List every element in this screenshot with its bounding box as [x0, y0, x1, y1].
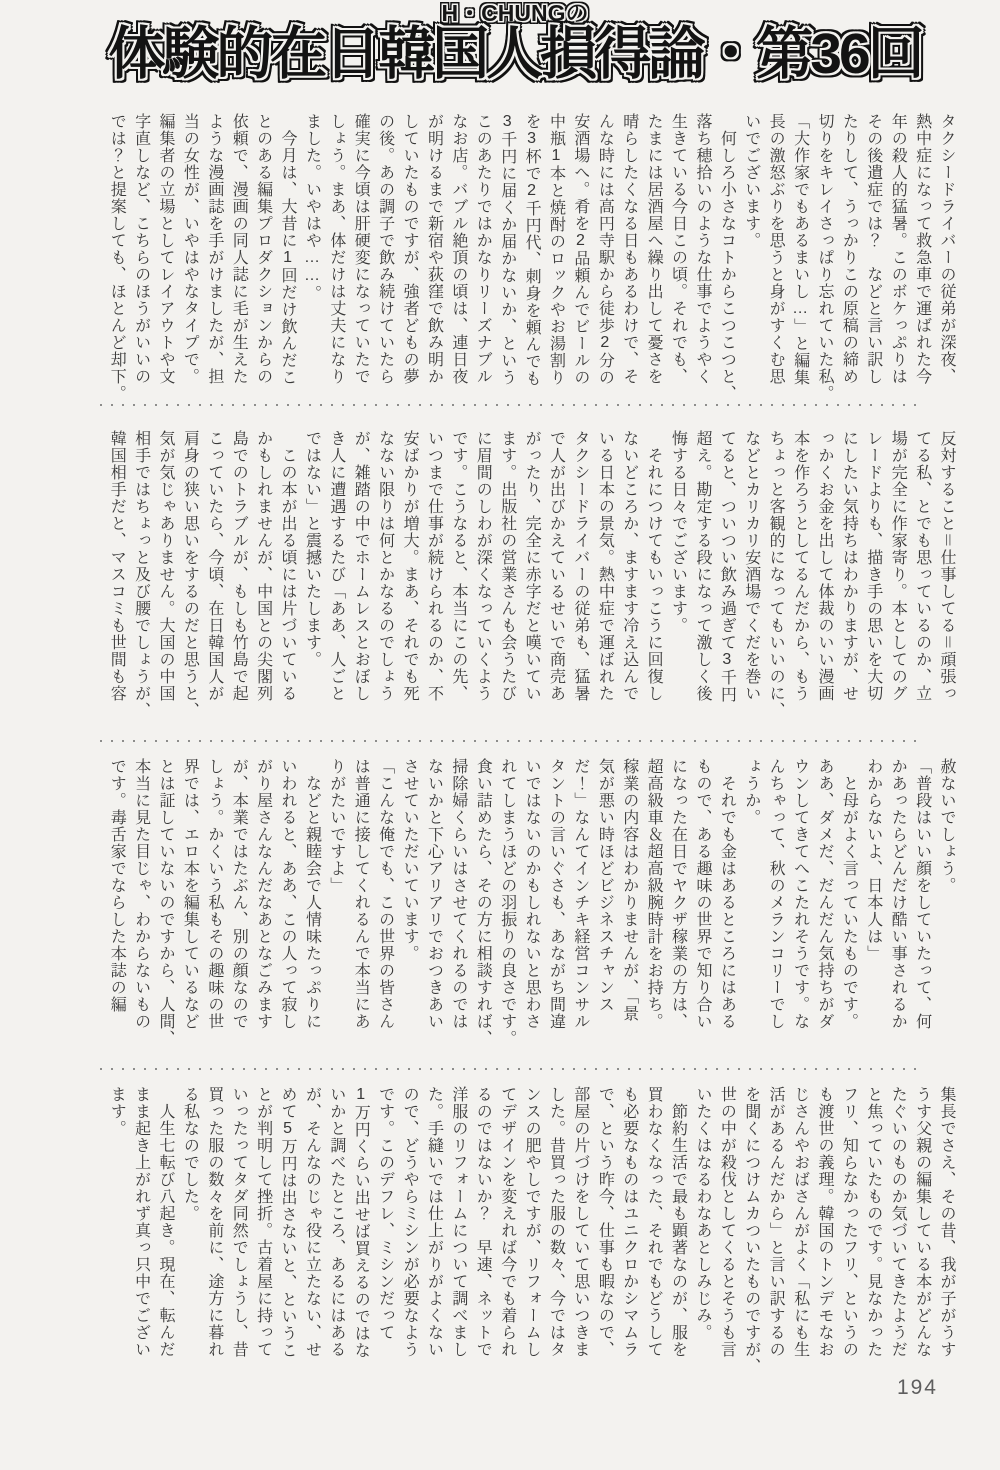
- text-column: タクシードライバーの従弟も、猛暑: [568, 430, 592, 730]
- text-column: とが判明して挫折。古着屋に持って: [250, 1086, 274, 1386]
- text-column: 反対すること＝仕事してる＝頑張っ: [934, 430, 958, 730]
- text-column: いつまで仕事が続けられるのか、不: [421, 430, 445, 730]
- text-column: とのある編集プロダクションからの: [250, 113, 274, 413]
- text-column: とは証していないのですから、人間、: [153, 758, 177, 1058]
- text-column: に眉間のしわが深くなっていくよう: [470, 430, 494, 730]
- text-column: っかくお金を出して体裁のいい漫画: [812, 430, 836, 730]
- text-column: その後遺症では？ などと言い訳し: [860, 113, 884, 413]
- text-column: の後。あの調子で飲み続けていたら: [372, 113, 396, 413]
- text-column: 活があるんだから」と言い訳するの: [763, 1086, 787, 1386]
- text-column: も必要なものはユニクロかシマムラ: [616, 1086, 640, 1386]
- text-column: かもしれませんが、中国との尖閣列: [250, 430, 274, 730]
- text-column: フリ、知らなかったフリ、というの: [836, 1086, 860, 1386]
- text-column: した。昔買った服の数々、今ではタ: [543, 1086, 567, 1386]
- text-column: いではないのかもしれないと思わさ: [519, 758, 543, 1058]
- text-column: 悔する日々でございます。: [665, 430, 689, 730]
- text-column: で、という昨今、仕事も暇なので、: [592, 1086, 616, 1386]
- text-column: しょう。まあ、体だけは丈夫になり: [323, 113, 347, 413]
- text-band-1: タクシードライバーの従弟が深夜、熱中症になって救急車で運ばれた今年の殺人的猛暑。…: [102, 113, 958, 413]
- text-band-3: 赦ないでしょう。「普段はいい顔をしていたって、何かあったらどんだけ酷い事されるか…: [102, 758, 958, 1058]
- magazine-page: H・CHUNGの 体験的在日韓国人損得論・第36回 タクシードライバーの従弟が深…: [0, 0, 1000, 1470]
- text-column: ので、どうやらミシンが必要なよう: [397, 1086, 421, 1386]
- text-column: です。こうなると、本当にこの先、: [445, 430, 469, 730]
- text-column: き人に遭遇するたび「ああ、人ごと: [323, 430, 347, 730]
- text-column: 島でのトラブルが、もしも竹島で起: [226, 430, 250, 730]
- text-column: 3千円に届くか届かないか、という: [494, 113, 518, 413]
- text-column: ます。出版社の営業さんも会うたび: [494, 430, 518, 730]
- article-title: 体験的在日韓国人損得論・第36回: [35, 26, 995, 83]
- text-column: 食い詰めたら、その方に相談すれば、: [470, 758, 494, 1058]
- text-column: 年の殺人的猛暑。このボケっぷりは: [885, 113, 909, 413]
- text-column: いったってタダ同然でしょうし、昔: [226, 1086, 250, 1386]
- text-column: させていただいています。: [397, 758, 421, 1058]
- text-column: が、本業ではたぶん、別の顔なので: [226, 758, 250, 1058]
- text-column: 買わなくなった、それでもどうして: [641, 1086, 665, 1386]
- text-column: 節約生活で最も顕著なのが、服を: [665, 1086, 689, 1386]
- text-column: るのではないか？ 早速、ネットで: [470, 1086, 494, 1386]
- text-column: がったり、完全に赤字だと嘆いてい: [519, 430, 543, 730]
- text-column: です。毒舌家でならした本誌の編: [104, 758, 128, 1058]
- text-column: 「大作家でもあるまいし…」と編集: [787, 113, 811, 413]
- text-column: いわれると、ああ、この人って寂し: [275, 758, 299, 1058]
- text-column: てデザインを変えれば今でも着られ: [494, 1086, 518, 1386]
- text-column: 「普段はいい顔をしていたって、何: [909, 758, 933, 1058]
- text-column: まま起き上がれず真っ只中でござい: [128, 1086, 152, 1386]
- text-column: が、雑踏の中でホームレスとおぼし: [348, 430, 372, 730]
- text-column: んな時には高円寺駅から徒歩2分の: [592, 113, 616, 413]
- text-column: 韓国相手だと、マスコミも世間も容: [104, 430, 128, 730]
- text-column: んちゃって、秋のメランコリーでし: [763, 758, 787, 1058]
- text-column: もので、ある趣味の世界で知り合い: [690, 758, 714, 1058]
- text-column: なお店。バブル絶頂の頃は、連日夜: [445, 113, 469, 413]
- text-column: だ！」なんてインチキ経営コンサル: [568, 758, 592, 1058]
- dotted-separator: [100, 1068, 918, 1070]
- text-column: などとカリカリ安酒場でくだを巻い: [738, 430, 762, 730]
- text-column: 赦ないでしょう。: [934, 758, 958, 1058]
- text-column: る私なのでした。: [177, 1086, 201, 1386]
- text-column: 本を作ろうとしてるんだから、もう: [787, 430, 811, 730]
- text-column: で人が出びかえているせいで商売あ: [543, 430, 567, 730]
- text-column: た。手縫いでは仕上がりがよくない: [421, 1086, 445, 1386]
- text-column: も渡世の義理。韓国のトンデモなお: [812, 1086, 836, 1386]
- dotted-separator: [100, 404, 918, 406]
- text-column: 界では、エロ本を編集しているなど: [177, 758, 201, 1058]
- text-column: 切りをキレイさっぱり忘れていた私。: [812, 113, 836, 413]
- text-column: ないかと下心アリアリでおつきあい: [421, 758, 445, 1058]
- text-column: 安酒場へ。肴を2品頼んでビールの: [568, 113, 592, 413]
- text-column: たりして、うっかりこの原稿の締め: [836, 113, 860, 413]
- text-column: にしたい気持ちはわかりますが、せ: [836, 430, 860, 730]
- text-column: ではない」と震撼いたします。: [299, 430, 323, 730]
- text-column: りがたいですよ」: [323, 758, 347, 1058]
- text-column: ような漫画誌を手がけましたが、担: [201, 113, 225, 413]
- text-column: 世の中が殺伐としてくるとそうも言: [714, 1086, 738, 1386]
- text-column: ンスの肥やしですが、リフォームし: [519, 1086, 543, 1386]
- text-column: を3杯で2千円代、刺身を頼んでも: [519, 113, 543, 413]
- page-number: 194: [897, 1376, 938, 1400]
- text-column: と母がよく言っていたものです。: [836, 758, 860, 1058]
- text-column: こっていたら、今頃、在日韓国人が: [201, 430, 225, 730]
- text-column: 「こんな俺でも、この世界の皆さん: [372, 758, 396, 1058]
- text-column: 中瓶1本と焼酎のロックやお湯割り: [543, 113, 567, 413]
- text-column: 気が悪い時ほどビジネスチャンス: [592, 758, 616, 1058]
- text-column: てる私、とでも思っているのか、立: [909, 430, 933, 730]
- text-column: などと親睦会で人情味たっぷりに: [299, 758, 323, 1058]
- text-column: めて5万円は出さないと、というこ: [275, 1086, 299, 1386]
- text-column: れてしまうほどの羽振りの良さです。: [494, 758, 518, 1058]
- text-column: 肩身の狭い思いをするのだと思うと、: [177, 430, 201, 730]
- text-column: ないどころか、ますます冷え込んで: [616, 430, 640, 730]
- text-column: 相手ではちょっと及び腰でしょうが、: [128, 430, 152, 730]
- text-column: 当の女性が、いやはやなタイプで。: [177, 113, 201, 413]
- text-column: いかと調べたところ、あるにはある: [323, 1086, 347, 1386]
- text-column: を聞くにつけムカついたものですが、: [738, 1086, 762, 1386]
- text-column: 字直しなど、こちらのほうがいいの: [128, 113, 152, 413]
- text-column: がり屋さんなんだなあとなごみます: [250, 758, 274, 1058]
- text-column: かあったらどんだけ酷い事されるか: [885, 758, 909, 1058]
- text-column: ちょっと客観的になってもいいのに、: [763, 430, 787, 730]
- text-column: しょう。かくいう私もその趣味の世: [201, 758, 225, 1058]
- text-column: になった在日でヤクザ稼業の方は、: [665, 758, 689, 1058]
- text-column: 落ち穂拾いのような仕事でようやく: [690, 113, 714, 413]
- text-column: てると、ついつい飲み過ぎて3千円: [714, 430, 738, 730]
- text-column: 場が完全に作家寄り。本としてのグ: [885, 430, 909, 730]
- text-column: 洋服のリフォームについて調べまし: [445, 1086, 469, 1386]
- text-column: このあたりではかなりリーズナブル: [470, 113, 494, 413]
- text-column: 安ばかりが増大。まあ、それでも死: [397, 430, 421, 730]
- text-column: じさんやおばさんがよく「私にも生: [787, 1086, 811, 1386]
- text-column: と焦っていたものです。見なかった: [860, 1086, 884, 1386]
- text-column: 熱中症になって救急車で運ばれた今: [909, 113, 933, 413]
- text-column: たぐいのものか気づいてきたようだ: [885, 1086, 909, 1386]
- text-column: 今月は、大昔に1回だけ飲んだこ: [275, 113, 299, 413]
- text-column: 稼業の内容はわかりませんが、「景: [616, 758, 640, 1058]
- text-column: この本が出る頃には片づいている: [275, 430, 299, 730]
- text-column: 編集者の立場としてレイアウトや文: [153, 113, 177, 413]
- text-column: 気が気じゃありません。大国の中国: [153, 430, 177, 730]
- text-column: ウンしてきてへこたれそうです。な: [787, 758, 811, 1058]
- text-column: いでございます。: [738, 113, 762, 413]
- text-column: それでも金はあるところにはある: [714, 758, 738, 1058]
- text-column: レードよりも、描き手の思いを大切: [860, 430, 884, 730]
- text-column: 1万円くらい出せば買えるのではな: [348, 1086, 372, 1386]
- text-band-4: 集長でさえ、その昔、我が子がうすうす父親の編集している本がどんなたぐいのものか気…: [102, 1086, 958, 1386]
- text-column: 生きている今日この頃。それでも、: [665, 113, 689, 413]
- text-column: 長の激怒ぶりを思うと身がすくむ思: [763, 113, 787, 413]
- text-column: 部屋の片づけをしていて思いつきま: [568, 1086, 592, 1386]
- text-column: それにつけてもいっこうに回復し: [641, 430, 665, 730]
- text-column: わからないよ、日本人は」: [860, 758, 884, 1058]
- text-column: 超高級車＆超高級腕時計をお持ち。: [641, 758, 665, 1058]
- text-column: が明けるまで新宿や荻窪で飲み明か: [421, 113, 445, 413]
- text-column: では？と提案しても、ほとんど却下。: [104, 113, 128, 413]
- text-column: ます。: [104, 1086, 128, 1386]
- text-column: たまには居酒屋へ繰り出して憂さを: [641, 113, 665, 413]
- text-column: 本当に見た目じゃ、わからないもの: [128, 758, 152, 1058]
- text-column: タントの言いぐさも、あながち間違: [543, 758, 567, 1058]
- text-column: ました。いやはや……。: [299, 113, 323, 413]
- text-column: ああ、ダメだ、だんだん気持ちがダ: [812, 758, 836, 1058]
- text-column: 確実に今頃は肝硬変になっていたで: [348, 113, 372, 413]
- text-column: です。このデフレ、ミシンだって: [372, 1086, 396, 1386]
- text-column: 掃除婦くらいはさせてくれるのでは: [445, 758, 469, 1058]
- text-column: 依頼で、漫画の同人誌に毛が生えた: [226, 113, 250, 413]
- text-column: うす父親の編集している本がどんな: [909, 1086, 933, 1386]
- text-column: 買った服の数々を前に、途方に暮れ: [201, 1086, 225, 1386]
- text-column: いたくはなるわなあとしみじみ。: [690, 1086, 714, 1386]
- text-column: が、そんなのじゃ役に立たない、せ: [299, 1086, 323, 1386]
- text-column: 晴らしたくなる日もあるわけで、そ: [616, 113, 640, 413]
- text-column: は普通に接してくれるんで本当にあ: [348, 758, 372, 1058]
- text-column: 何しろ小さなコトからこつこつと、: [714, 113, 738, 413]
- text-column: 人生七転び八起き。現在、転んだ: [153, 1086, 177, 1386]
- text-band-2: 反対すること＝仕事してる＝頑張ってる私、とでも思っているのか、立場が完全に作家寄…: [102, 430, 958, 730]
- text-column: タクシードライバーの従弟が深夜、: [934, 113, 958, 413]
- text-column: 超え。勘定する段になって激しく後: [690, 430, 714, 730]
- text-column: いる日本の景気。熱中症で運ばれた: [592, 430, 616, 730]
- text-column: していたものですが、強者どもの夢: [397, 113, 421, 413]
- text-column: 集長でさえ、その昔、我が子がうす: [934, 1086, 958, 1386]
- text-column: なない限りは何とかなるのでしょう: [372, 430, 396, 730]
- dotted-separator: [100, 740, 918, 742]
- text-column: ょうか。: [738, 758, 762, 1058]
- article-header: H・CHUNGの 体験的在日韓国人損得論・第36回: [35, 2, 995, 83]
